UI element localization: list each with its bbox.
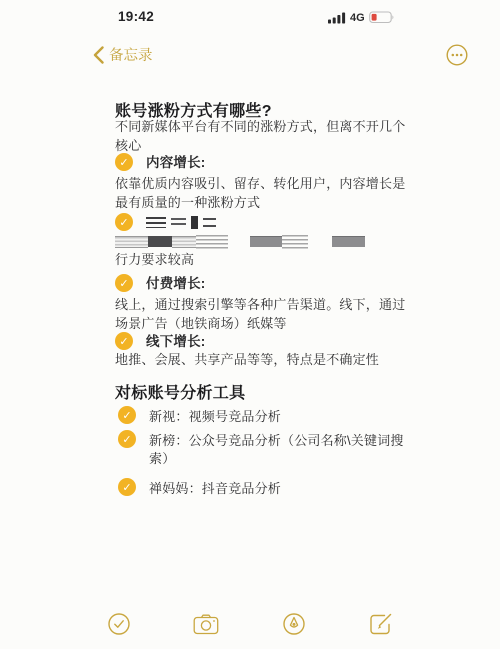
checklist-item-label: 禅妈妈：抖音竞品分析 <box>149 478 281 498</box>
checkbox-checked-icon[interactable]: ✓ <box>115 332 133 350</box>
redaction-block <box>250 236 282 247</box>
network-type-label: 4G <box>350 12 365 24</box>
status-time: 19:42 <box>118 9 154 24</box>
checklist-button[interactable] <box>106 611 132 637</box>
checklist-item-tool-chanmama: ✓ 禅妈妈：抖音竞品分析 <box>118 478 281 498</box>
text-line: 新榜：公众号竞品分析（公司名称\关键词搜 <box>149 432 404 450</box>
redaction-block <box>203 218 216 227</box>
paid-growth-paragraph: 线上，通过搜索引擎等各种广告渠道。线下，通过 场景广告（地铁商场）纸媒等 <box>115 296 415 333</box>
checklist-item-label: 内容增长: <box>146 153 206 172</box>
checkbox-checked-icon[interactable]: ✓ <box>115 213 133 231</box>
intro-paragraph: 不同新媒体平台有不同的涨粉方式，但离不开几个 核心 <box>115 118 415 155</box>
markup-button[interactable] <box>281 611 307 637</box>
checklist-icon <box>107 612 131 636</box>
checkbox-checked-icon[interactable]: ✓ <box>115 274 133 292</box>
checklist-item-redacted: ✓ <box>115 213 216 231</box>
redacted-text-line <box>115 234 375 249</box>
checkbox-checked-icon[interactable]: ✓ <box>115 153 133 171</box>
compose-icon <box>369 612 393 636</box>
text-line: 最有质量的一种涨粉方式 <box>115 194 415 213</box>
checklist-item-label: 新榜：公众号竞品分析（公司名称\关键词搜 索） <box>149 430 404 468</box>
chevron-left-icon <box>93 46 104 64</box>
text-line: 索） <box>149 450 404 468</box>
redacted-tail-paragraph: 行力要求较高 <box>115 251 415 270</box>
redaction-block <box>146 217 166 228</box>
camera-icon <box>193 613 219 635</box>
text-line: 地推、会展、共享产品等等，特点是不确定性 <box>115 351 415 370</box>
redaction-block <box>282 235 308 249</box>
checklist-item-content-growth: ✓ 内容增长: <box>115 153 206 172</box>
markup-icon <box>282 612 306 636</box>
redacted-label-blocks <box>146 213 216 229</box>
back-button[interactable]: 备忘录 <box>93 44 153 65</box>
checklist-item-tool-xinshi: ✓ 新视：视频号竞品分析 <box>118 406 281 426</box>
checkbox-checked-icon[interactable]: ✓ <box>118 406 136 424</box>
bottom-toolbar <box>106 611 394 637</box>
text-line: 依靠优质内容吸引、留存、转化用户，内容增长是 <box>115 175 415 194</box>
checklist-item-tool-newrank: ✓ 新榜：公众号竞品分析（公司名称\关键词搜 索） <box>118 430 404 468</box>
compose-button[interactable] <box>368 611 394 637</box>
redaction-block <box>171 218 186 227</box>
redaction-block <box>332 236 365 247</box>
checklist-item-offline-growth: ✓ 线下增长: <box>115 332 206 351</box>
status-indicators: 4G <box>328 11 395 24</box>
redaction-block <box>148 236 172 247</box>
section-title-analysis-tools: 对标账号分析工具 <box>115 380 245 403</box>
battery-low-icon <box>369 11 395 24</box>
redaction-block <box>196 235 228 249</box>
redaction-block <box>191 216 198 229</box>
ellipsis-circle-icon <box>446 44 468 66</box>
signal-strength-icon <box>328 12 346 24</box>
text-line: 行力要求较高 <box>115 251 415 270</box>
content-growth-paragraph: 依靠优质内容吸引、留存、转化用户，内容增长是 最有质量的一种涨粉方式 <box>115 175 415 212</box>
redaction-block <box>172 236 196 248</box>
notes-app-screen: 19:42 4G 备忘录 <box>0 0 500 649</box>
offline-growth-paragraph: 地推、会展、共享产品等等，特点是不确定性 <box>115 351 415 370</box>
back-button-label: 备忘录 <box>109 44 153 65</box>
checklist-item-paid-growth: ✓ 付费增长: <box>115 274 206 293</box>
text-line: 线上，通过搜索引擎等各种广告渠道。线下，通过 <box>115 296 415 315</box>
text-line: 场景广告（地铁商场）纸媒等 <box>115 315 415 334</box>
text-line: 不同新媒体平台有不同的涨粉方式，但离不开几个 <box>115 118 415 137</box>
checklist-item-label: 线下增长: <box>146 332 206 351</box>
checklist-item-label: 新视：视频号竞品分析 <box>149 406 281 426</box>
redaction-block <box>115 236 148 248</box>
checklist-item-label: 付费增长: <box>146 274 206 293</box>
more-options-button[interactable] <box>446 44 468 66</box>
checkbox-checked-icon[interactable]: ✓ <box>118 430 136 448</box>
camera-button[interactable] <box>193 611 219 637</box>
checkbox-checked-icon[interactable]: ✓ <box>118 478 136 496</box>
